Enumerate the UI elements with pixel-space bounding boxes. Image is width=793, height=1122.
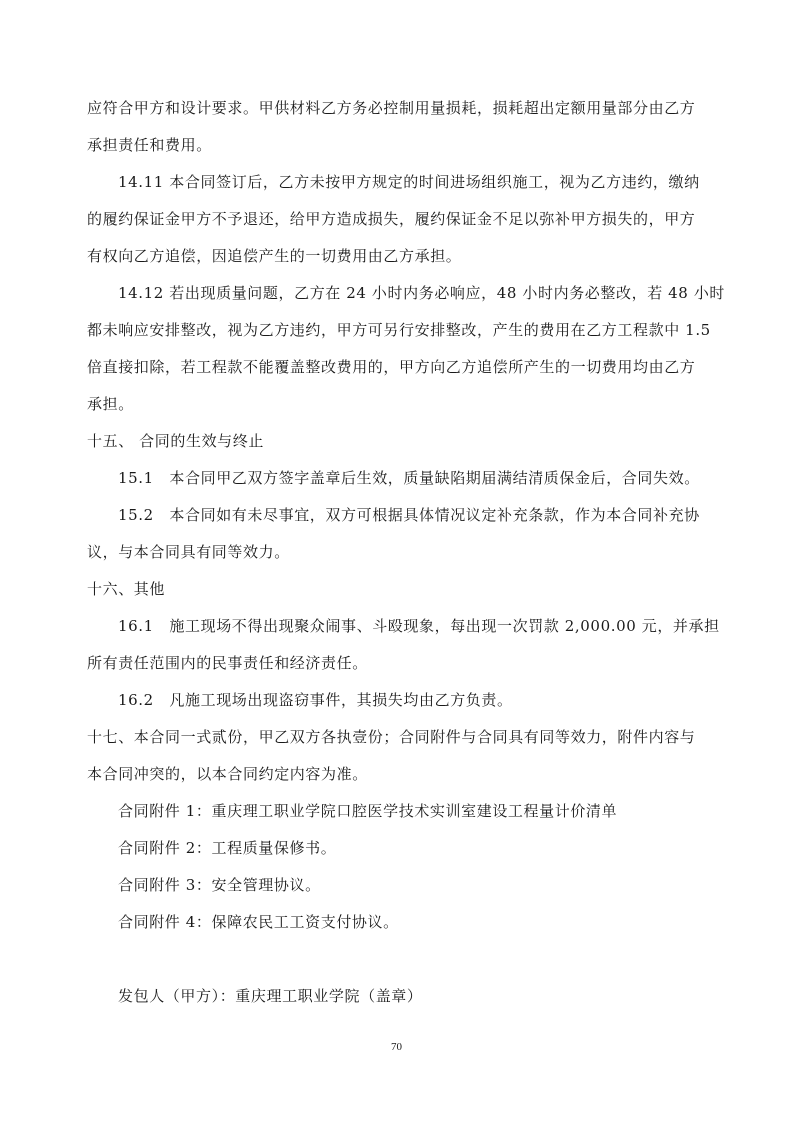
signature-party-a: 发包人（甲方）：重庆理工职业学院（盖章） <box>87 978 713 1015</box>
clause-14-11: 14.11 本合同签订后，乙方未按甲方规定的时间进场组织施工，视为乙方违约，缴纳 <box>87 164 713 201</box>
attachment-4: 合同附件 4：保障农民工工资支付协议。 <box>87 904 713 941</box>
paragraph-line: 倍直接扣除，若工程款不能覆盖整改费用的，甲方向乙方追偿所产生的一切费用均由乙方 <box>87 349 713 386</box>
paragraph-line: 所有责任范围内的民事责任和经济责任。 <box>87 645 713 682</box>
spacer <box>87 941 713 978</box>
clause-16-1: 16.1 施工现场不得出现聚众闹事、斗殴现象，每出现一次罚款 2,000.00 … <box>87 608 713 645</box>
paragraph-line: 应符合甲方和设计要求。甲供材料乙方务必控制用量损耗，损耗超出定额用量部分由乙方 <box>87 90 713 127</box>
section-heading-16: 十六、其他 <box>87 571 713 608</box>
paragraph-line: 的履约保证金甲方不予退还，给甲方造成损失，履约保证金不足以弥补甲方损失的，甲方 <box>87 201 713 238</box>
paragraph-line: 有权向乙方追偿，因追偿产生的一切费用由乙方承担。 <box>87 238 713 275</box>
paragraph-line: 议，与本合同具有同等效力。 <box>87 534 713 571</box>
attachment-3: 合同附件 3：安全管理协议。 <box>87 867 713 904</box>
clause-15-1: 15.1 本合同甲乙双方签字盖章后生效，质量缺陷期届满结清质保金后，合同失效。 <box>87 460 713 497</box>
clause-16-2: 16.2 凡施工现场出现盗窃事件，其损失均由乙方负责。 <box>87 682 713 719</box>
clause-14-12: 14.12 若出现质量问题，乙方在 24 小时内务必响应，48 小时内务必整改，… <box>87 275 713 312</box>
document-page: 应符合甲方和设计要求。甲供材料乙方务必控制用量损耗，损耗超出定额用量部分由乙方 … <box>87 90 713 1015</box>
paragraph-line: 承担责任和费用。 <box>87 127 713 164</box>
section-heading-15: 十五、 合同的生效与终止 <box>87 423 713 460</box>
paragraph-line: 承担。 <box>87 386 713 423</box>
attachment-1: 合同附件 1：重庆理工职业学院口腔医学技术实训室建设工程量计价清单 <box>87 793 713 830</box>
section-heading-17: 十七、本合同一式贰份，甲乙双方各执壹份；合同附件与合同具有同等效力，附件内容与 <box>87 719 713 756</box>
attachment-2: 合同附件 2：工程质量保修书。 <box>87 830 713 867</box>
clause-15-2: 15.2 本合同如有未尽事宜，双方可根据具体情况议定补充条款，作为本合同补充协 <box>87 497 713 534</box>
page-number: 70 <box>0 1041 793 1053</box>
paragraph-line: 都未响应安排整改，视为乙方违约，甲方可另行安排整改，产生的费用在乙方工程款中 1… <box>87 312 713 349</box>
paragraph-line: 本合同冲突的，以本合同约定内容为准。 <box>87 756 713 793</box>
